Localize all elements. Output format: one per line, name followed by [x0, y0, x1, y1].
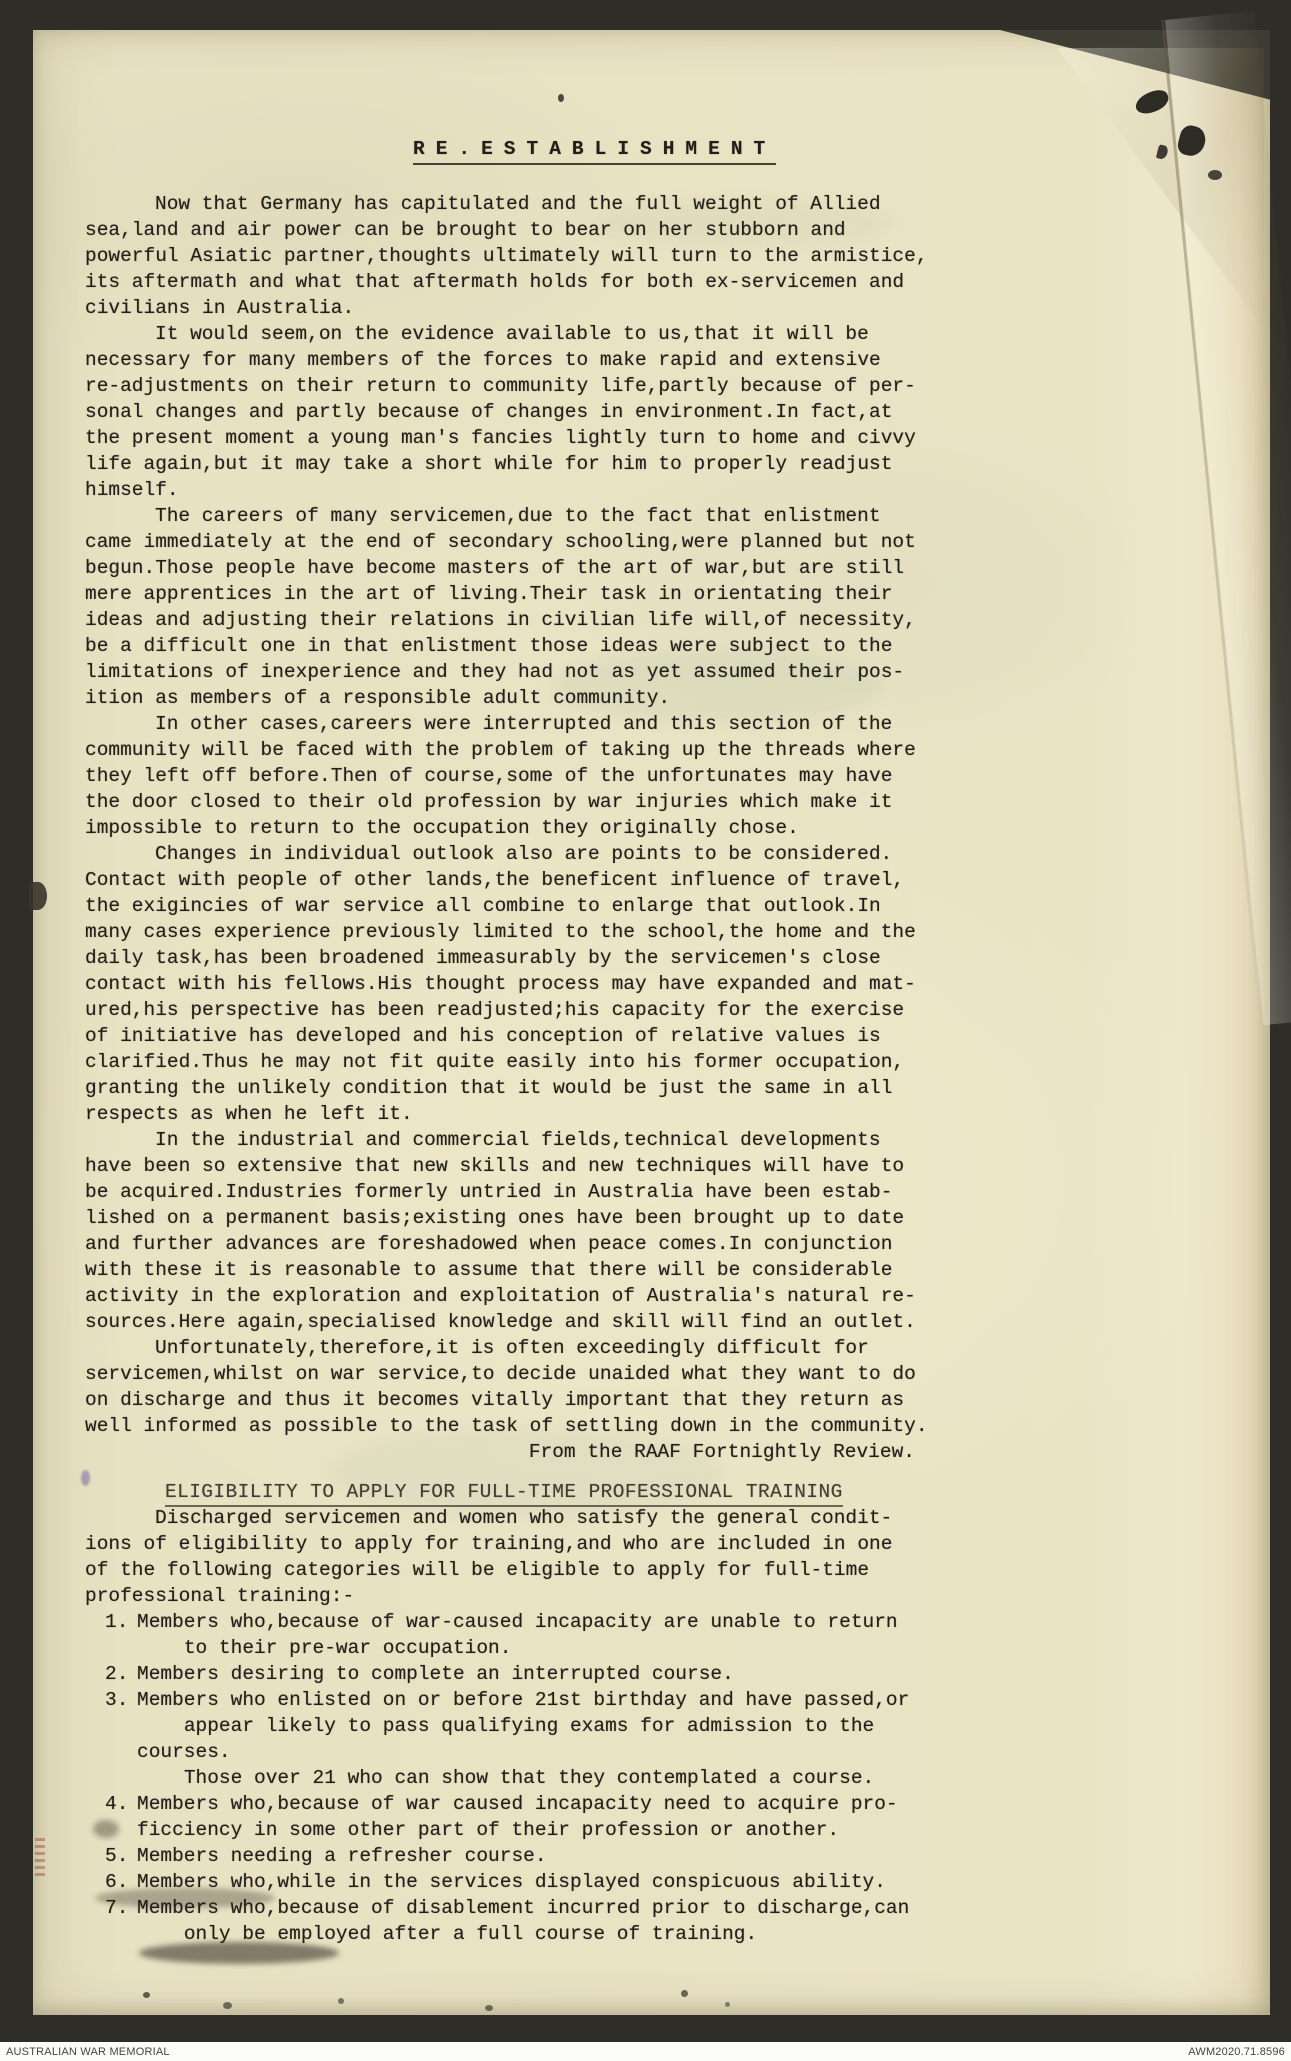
attribution-line: From the RAAF Fortnightly Review.	[85, 1439, 945, 1465]
list-item: 5.Members needing a refresher course.	[85, 1843, 945, 1869]
list-item-number: 2.	[105, 1661, 128, 1687]
list-item-text: Members who,because of disablement incur…	[137, 1897, 909, 1945]
archive-footer: AUSTRALIAN WAR MEMORIAL AWM2020.71.8596	[0, 2042, 1291, 2061]
section-heading: ELIGIBILITY TO APPLY FOR FULL-TIME PROFE…	[165, 1479, 945, 1505]
list-item-text: Members who,because of war-caused incapa…	[137, 1611, 898, 1659]
document-title: RE.ESTABLISHMENT	[413, 136, 776, 162]
list-item-number: 7.	[105, 1895, 128, 1921]
paragraph: Now that Germany has capitulated and the…	[85, 191, 945, 321]
tear-hole	[1208, 170, 1222, 180]
section-heading-text: ELIGIBILITY TO APPLY FOR FULL-TIME PROFE…	[165, 1481, 843, 1507]
paragraph: It would seem,on the evidence available …	[85, 321, 945, 503]
document-body: Now that Germany has capitulated and the…	[85, 191, 945, 1947]
dirt-speck	[725, 2002, 730, 2007]
archive-accession-number: AWM2020.71.8596	[1188, 2046, 1285, 2058]
dirt-speck	[681, 1990, 688, 1997]
archive-institution-label: AUSTRALIAN WAR MEMORIAL	[6, 2046, 170, 2058]
list-item-text: Members needing a refresher course.	[137, 1845, 547, 1867]
list-item: 2.Members desiring to complete an interr…	[85, 1661, 945, 1687]
list-item-number: 1.	[105, 1609, 128, 1635]
paper-crease-band	[1165, 11, 1291, 1025]
list-item: 4.Members who,because of war caused inca…	[85, 1791, 945, 1843]
document-page: RE.ESTABLISHMENT Now that Germany has ca…	[33, 30, 1270, 2015]
list-item: 3.Members who enlisted on or before 21st…	[85, 1687, 945, 1791]
paragraph: Changes in individual outlook also are p…	[85, 841, 945, 1127]
list-item-text: Members desiring to complete an interrup…	[137, 1663, 734, 1685]
red-pencil-mark	[35, 1838, 45, 1880]
list-item-number: 3.	[105, 1687, 128, 1713]
document-title-text: RE.ESTABLISHMENT	[413, 138, 776, 165]
paragraph: In other cases,careers were interrupted …	[85, 711, 945, 841]
dirt-speck	[143, 1992, 150, 1998]
dirt-speck	[558, 94, 564, 102]
paragraph: In the industrial and commercial fields,…	[85, 1127, 945, 1335]
dirt-speck	[223, 2002, 232, 2009]
paragraph: The careers of many servicemen,due to th…	[85, 503, 945, 711]
list-item: 7.Members who,because of disablement inc…	[85, 1895, 945, 1947]
eligibility-category-list: 1.Members who,because of war-caused inca…	[85, 1609, 945, 1947]
paragraph: Unfortunately,therefore,it is often exce…	[85, 1335, 945, 1439]
list-item-text: Members who enlisted on or before 21st b…	[137, 1689, 909, 1789]
list-item: 1.Members who,because of war-caused inca…	[85, 1609, 945, 1661]
list-item-number: 5.	[105, 1843, 128, 1869]
list-item-number: 6.	[105, 1869, 128, 1895]
list-item-number: 4.	[105, 1791, 128, 1817]
dirt-speck	[338, 1998, 344, 2004]
section-intro: Discharged servicemen and women who sati…	[85, 1505, 945, 1609]
list-item: 6.Members who,while in the services disp…	[85, 1869, 945, 1895]
list-item-text: Members who,while in the services displa…	[137, 1871, 886, 1893]
edge-ink-mark	[29, 882, 47, 910]
list-item-text: Members who,because of war caused incapa…	[137, 1793, 898, 1841]
dirt-speck	[485, 2005, 493, 2011]
